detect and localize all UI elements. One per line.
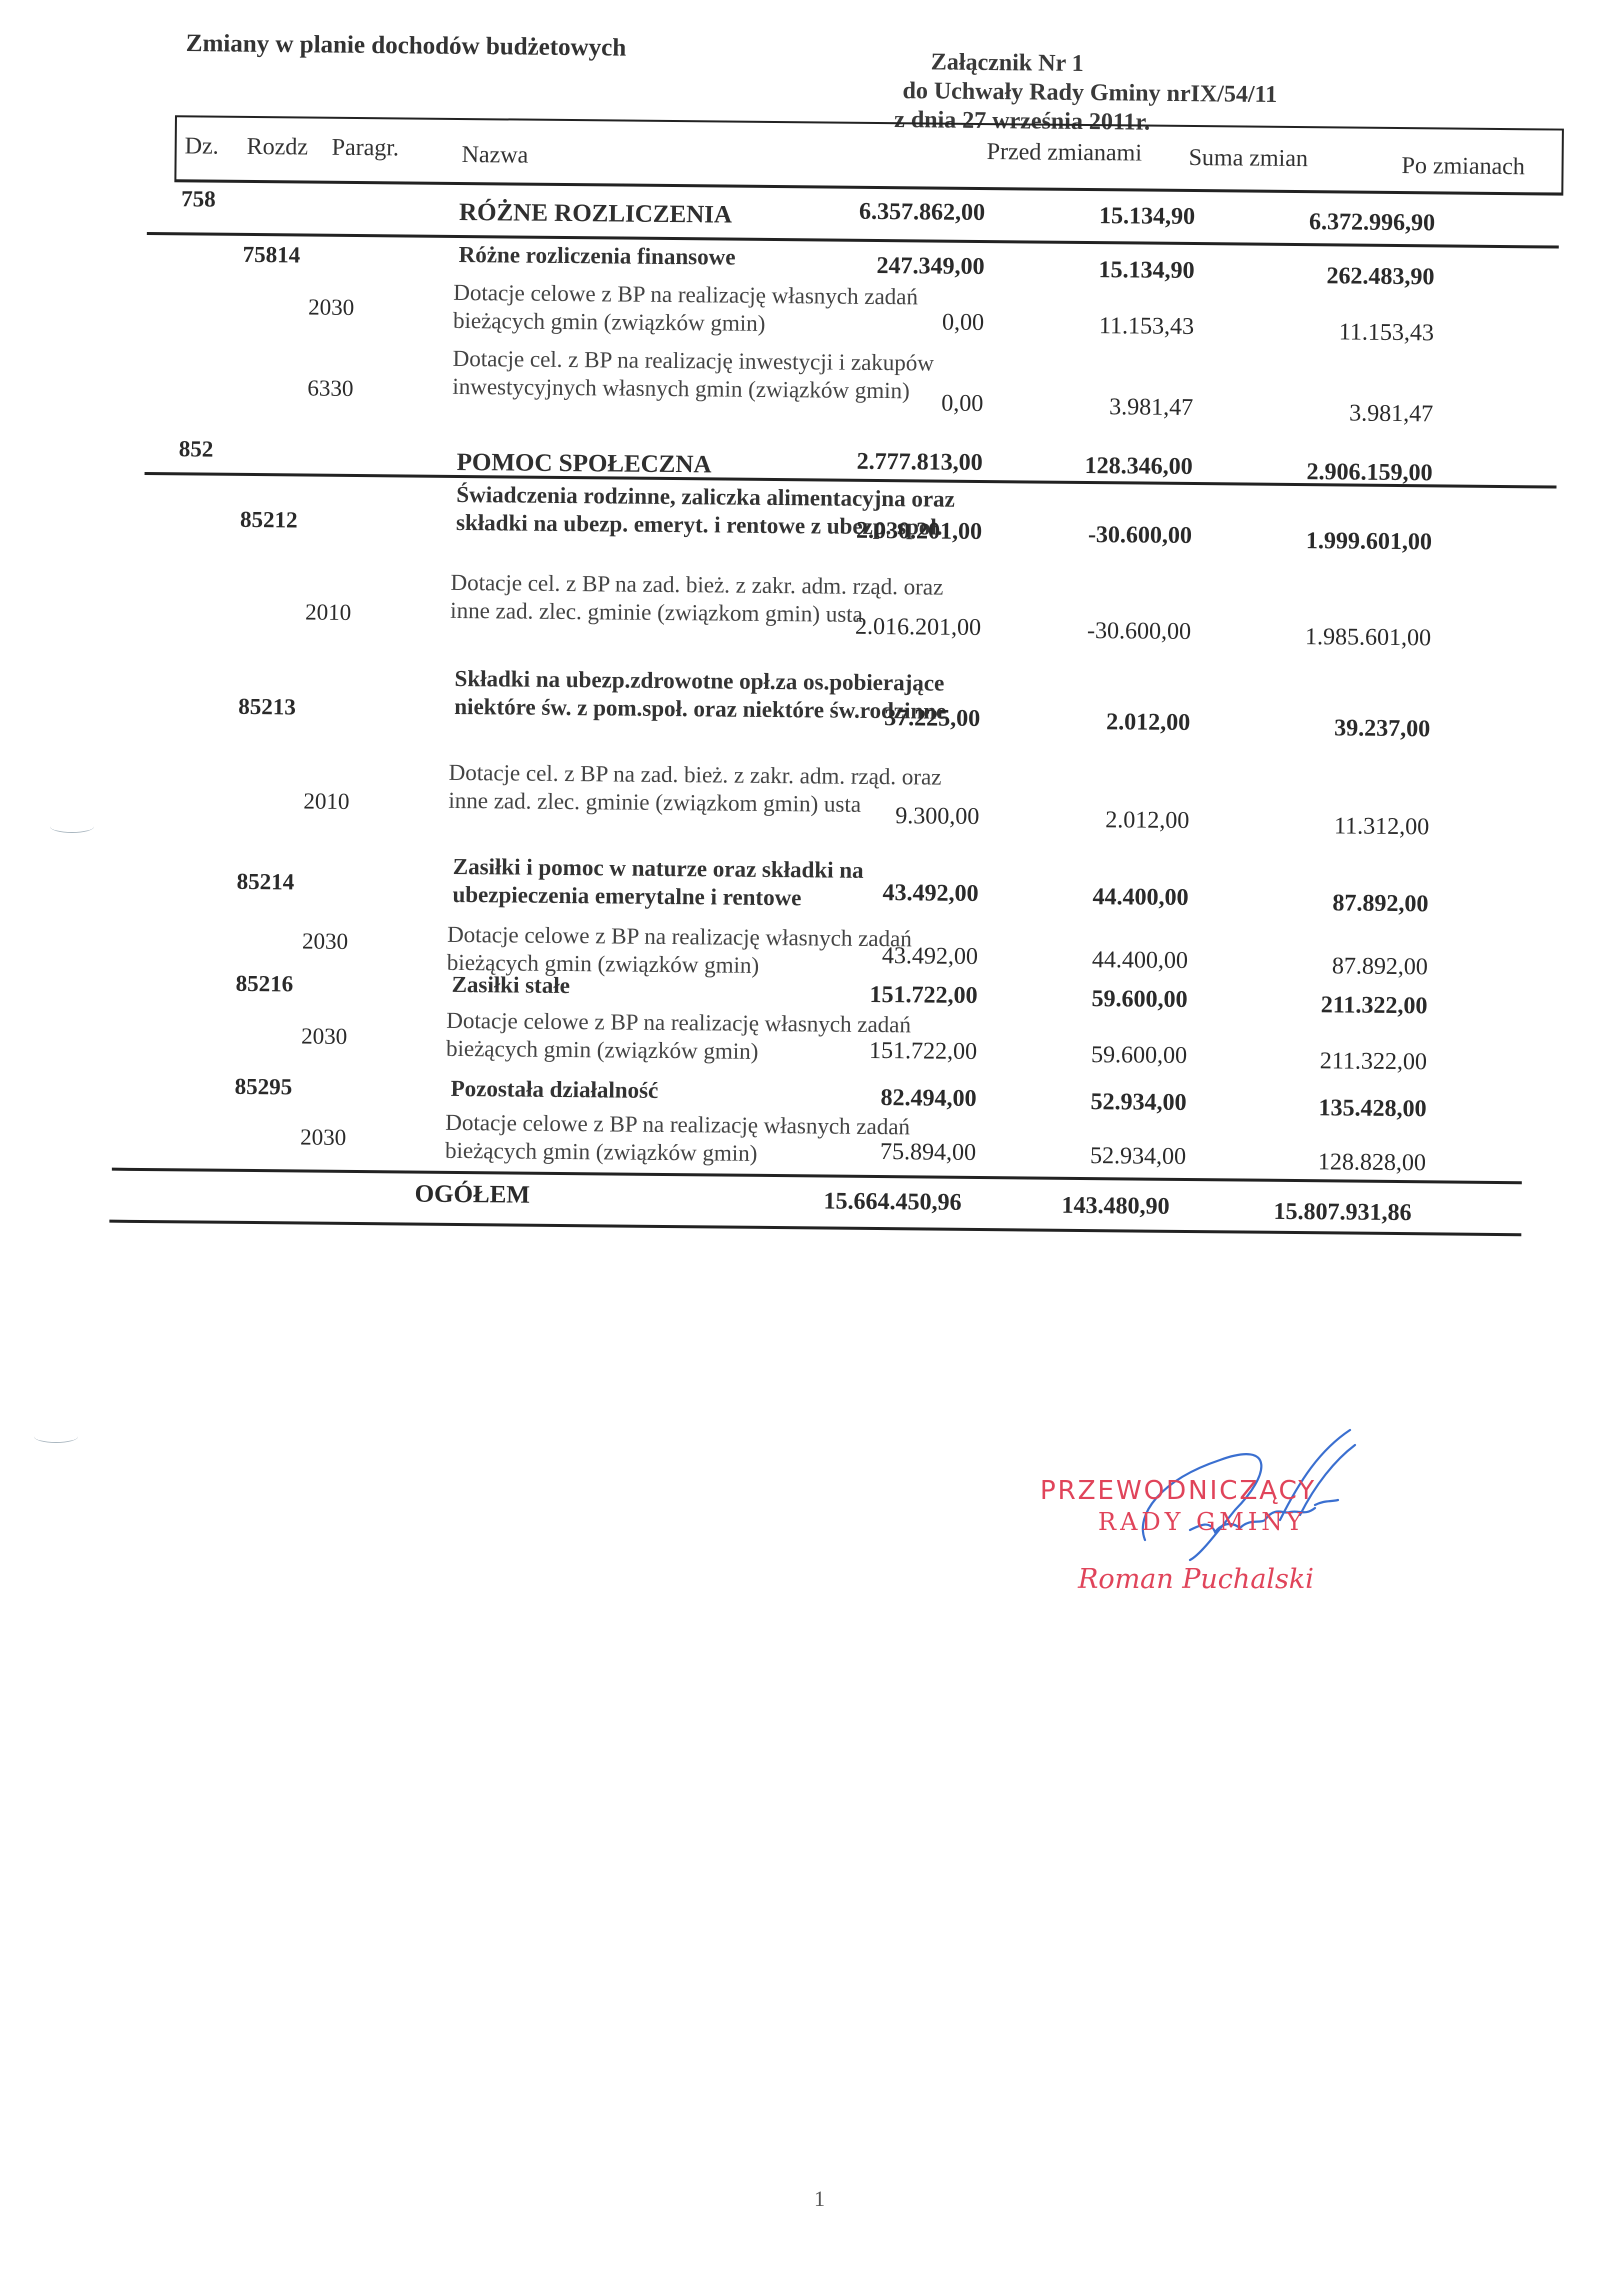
paragraf-code: 2030 xyxy=(301,1023,347,1049)
amount-po: 1.985.601,00 xyxy=(1211,623,1431,652)
total-po: 15.807.931,86 xyxy=(1171,1198,1411,1227)
dzial-code: 852 xyxy=(179,436,214,462)
amount-przed: 82.494,00 xyxy=(756,1084,976,1113)
stamp-title: PRZEWODNICZĄCY xyxy=(1040,1476,1316,1506)
attachment-number: Załącznik Nr 1 xyxy=(895,48,1278,81)
rozdzial-code: 85295 xyxy=(235,1074,293,1101)
amount-po: 1.999.601,00 xyxy=(1212,527,1432,556)
rozdzial-code: 85214 xyxy=(237,869,295,896)
amount-suma: -30.600,00 xyxy=(971,617,1191,646)
paragraf-code: 2030 xyxy=(302,928,348,954)
amount-przed: 247.349,00 xyxy=(764,252,984,281)
amount-suma: 15.134,90 xyxy=(975,202,1195,231)
amount-suma: 15.134,90 xyxy=(974,256,1194,285)
amount-po: 87.892,00 xyxy=(1208,889,1428,918)
document-title: Zmiany w planie dochodów budżetowych xyxy=(186,30,627,63)
paragraf-code: 2010 xyxy=(303,789,349,815)
rozdzial-code: 85213 xyxy=(238,694,296,721)
amount-po: 3.981,47 xyxy=(1213,399,1433,428)
table-row: 2010Dotacje cel. z BP na zad. bież. z za… xyxy=(143,754,1584,862)
amount-przed: 151.722,00 xyxy=(757,981,977,1010)
amount-suma: 44.400,00 xyxy=(968,883,1188,912)
amount-przed: 37.225,00 xyxy=(760,704,980,733)
dzial-code: 758 xyxy=(181,186,216,212)
page-number: 1 xyxy=(814,2186,825,2212)
header-rozdz: Rozdz xyxy=(247,134,309,162)
amount-przed: 2.016.201,00 xyxy=(761,613,981,642)
amount-suma: 2.012,00 xyxy=(970,708,1190,737)
paragraf-code: 2030 xyxy=(300,1124,346,1150)
amount-przed: 0,00 xyxy=(763,389,983,418)
paragraf-code: 6330 xyxy=(307,376,353,402)
table-row: 2030Dotacje celowe z BP na realizację wł… xyxy=(140,1104,1581,1184)
paragraf-code: 2030 xyxy=(308,295,354,321)
amount-suma: 128.346,00 xyxy=(973,452,1193,481)
amount-po: 11.312,00 xyxy=(1209,812,1429,841)
paragraf-code: 2010 xyxy=(305,600,351,626)
amount-po: 211.322,00 xyxy=(1207,1047,1427,1076)
amount-przed: 75.894,00 xyxy=(756,1138,976,1167)
amount-przed: 6.357.862,00 xyxy=(765,198,985,227)
amount-przed: 43.492,00 xyxy=(758,879,978,908)
amount-suma: -30.600,00 xyxy=(972,521,1192,550)
punch-hole-mark xyxy=(50,820,94,833)
header-suma-zmian: Suma zmian xyxy=(1189,145,1309,173)
header-dz: Dz. xyxy=(185,133,219,160)
amount-przed: 0,00 xyxy=(764,308,984,337)
total-row: OGÓŁEM15.664.450,96143.480,9015.807.931,… xyxy=(139,1174,1579,1238)
stamp-subtitle: RADY GMINY xyxy=(1098,1508,1306,1536)
total-przed: 15.664.450,96 xyxy=(721,1188,961,1217)
table-body: 758RÓŻNE ROZLICZENIA6.357.862,0015.134,9… xyxy=(139,182,1589,1256)
budget-changes-table: Dz. Rozdz Paragr. Nazwa Przed zmianami S… xyxy=(139,115,1590,1256)
stamp-signatory-name: Roman Puchalski xyxy=(1078,1564,1314,1595)
table-row: 6330Dotacje cel. z BP na realizację inwe… xyxy=(147,340,1588,450)
amount-przed: 2.030.201,00 xyxy=(762,517,982,546)
rozdzial-code: 75814 xyxy=(243,242,301,269)
council-chair-stamp: PRZEWODNICZĄCY RADY GMINY Roman Puchalsk… xyxy=(1040,1440,1420,1600)
table-row: 85212Świadczenia rodzinne, zaliczka alim… xyxy=(146,476,1587,578)
amount-po: 11.153,43 xyxy=(1214,318,1434,347)
rozdzial-code: 85212 xyxy=(240,507,298,534)
total-suma: 143.480,90 xyxy=(929,1192,1169,1221)
amount-suma: 52.934,00 xyxy=(966,1142,1186,1171)
table-row: 2010Dotacje cel. z BP na zad. bież. z za… xyxy=(145,564,1586,674)
amount-po: 6.372.996,90 xyxy=(1215,208,1435,237)
rozdzial-code: 85216 xyxy=(236,971,294,998)
amount-przed: 2.777.813,00 xyxy=(763,448,983,477)
amount-suma: 3.981,47 xyxy=(973,393,1193,422)
amount-przed: 43.492,00 xyxy=(758,942,978,971)
resolution-reference: do Uchwały Rady Gminy nrIX/54/11 xyxy=(894,77,1277,110)
amount-po: 128.828,00 xyxy=(1206,1148,1426,1177)
amount-suma: 11.153,43 xyxy=(974,312,1194,341)
header-przed-zmianami: Przed zmianami xyxy=(987,139,1143,167)
total-label: OGÓŁEM xyxy=(415,1181,531,1210)
table-row: 85213Składki na ubezp.zdrowotne opł.za o… xyxy=(144,660,1585,768)
document-page: Zmiany w planie dochodów budżetowych Zał… xyxy=(0,0,1606,2291)
header-nazwa: Nazwa xyxy=(461,142,528,170)
amount-suma: 44.400,00 xyxy=(968,946,1188,975)
amount-suma: 59.600,00 xyxy=(967,1041,1187,1070)
amount-suma: 2.012,00 xyxy=(969,806,1189,835)
punch-hole-mark xyxy=(34,1430,78,1443)
amount-przed: 151.722,00 xyxy=(757,1037,977,1066)
amount-przed: 9.300,00 xyxy=(759,802,979,831)
amount-po: 39.237,00 xyxy=(1210,714,1430,743)
header-po-zmianach: Po zmianach xyxy=(1401,153,1525,181)
header-paragr: Paragr. xyxy=(332,135,400,163)
